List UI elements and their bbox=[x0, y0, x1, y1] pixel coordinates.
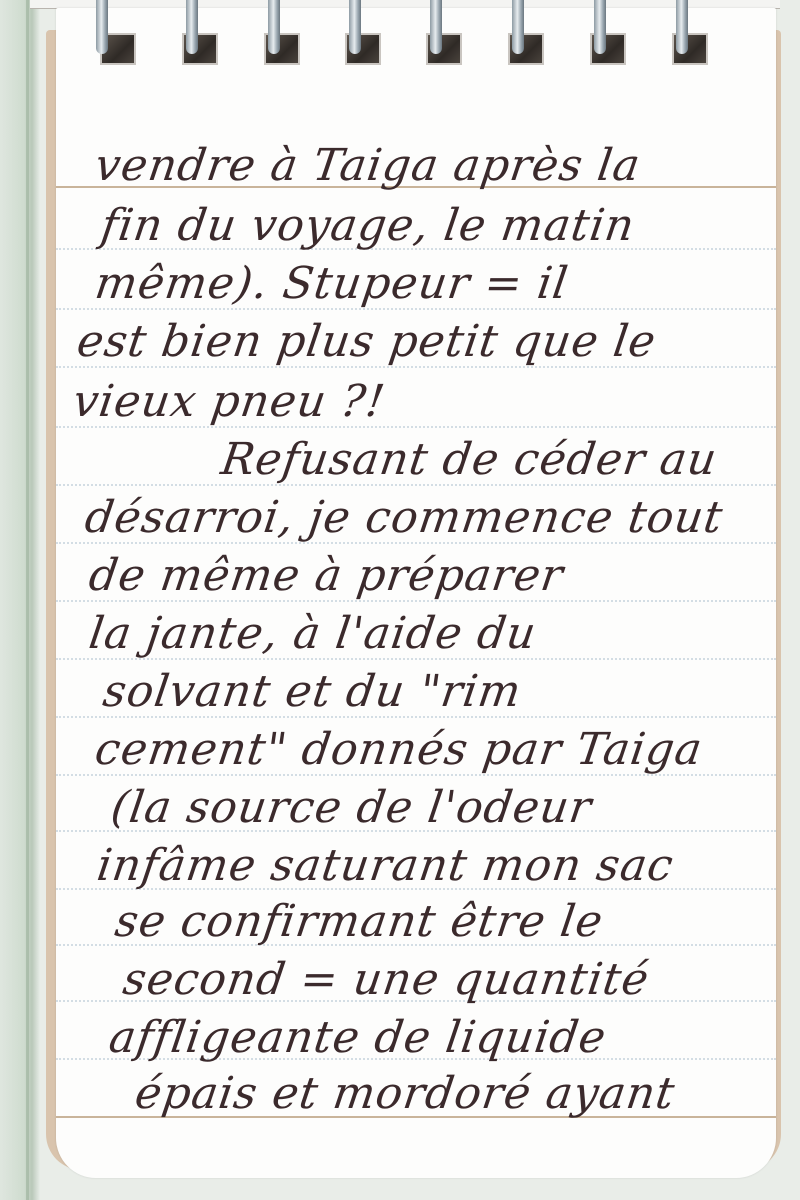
text-line: solvant et du "rim bbox=[100, 666, 525, 717]
text-line: la jante, à l'aide du bbox=[86, 608, 540, 659]
text-line: désarroi, je commence tout bbox=[82, 492, 726, 543]
text-line: même). Stupeur = il bbox=[92, 258, 572, 309]
text-line: infâme saturant mon sac bbox=[94, 840, 677, 891]
text-line: (la source de l'odeur bbox=[108, 782, 595, 833]
text-line: se confirmant être le bbox=[112, 896, 606, 947]
text-line: vieux pneu ?! bbox=[70, 376, 388, 427]
text-line: de même à préparer bbox=[86, 550, 567, 601]
text-line: affligeante de liquide bbox=[106, 1012, 610, 1063]
text-line: Refusant de céder au bbox=[218, 434, 720, 485]
text-line: second = une quantité bbox=[120, 954, 653, 1005]
text-line: fin du voyage, le matin bbox=[98, 200, 638, 251]
text-line: vendre à Taiga après la bbox=[92, 140, 644, 191]
text-line: est bien plus petit que le bbox=[74, 316, 659, 367]
text-line: cement" donnés par Taiga bbox=[92, 724, 706, 775]
handwritten-text: vendre à Taiga après la fin du voyage, l… bbox=[0, 0, 800, 1200]
text-line: épais et mordoré ayant bbox=[132, 1068, 678, 1119]
